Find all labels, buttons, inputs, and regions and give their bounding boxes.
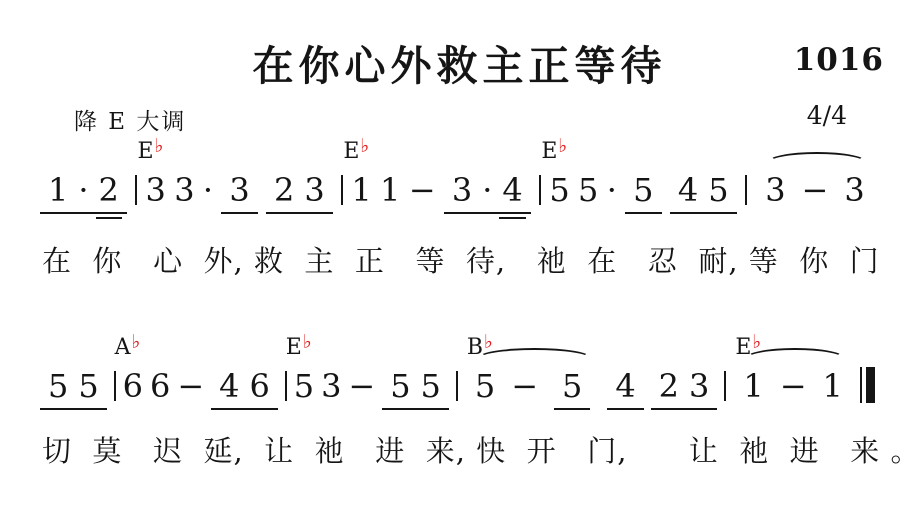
note-token: 6 — [150, 368, 170, 405]
final-barline-thick — [866, 367, 875, 403]
note-token: 6A♭ — [123, 368, 143, 405]
barline — [114, 371, 116, 401]
chord-root: E — [735, 335, 751, 360]
note-token: 6 — [249, 368, 269, 405]
note-token: 1 — [823, 368, 843, 405]
chord-symbol: E♭ — [541, 137, 567, 163]
hymn-number: 1016 — [794, 42, 884, 78]
dash-token: − — [409, 172, 436, 209]
tie-group: 1E♭−1 — [733, 368, 853, 405]
barline — [285, 371, 287, 401]
music-line-1: 1·23E♭3·3231E♭1−3·45E♭5·5453−3 — [40, 171, 875, 214]
dash-token: − — [780, 368, 807, 405]
chord-root: A — [115, 335, 131, 360]
flat-icon: ♭ — [303, 331, 312, 353]
beam-group: 23 — [266, 172, 333, 214]
note-token: 3 — [229, 172, 249, 209]
final-barline-thin — [860, 367, 862, 403]
beam-group: 1·2 — [40, 172, 127, 214]
beam-group: 3 — [221, 172, 257, 214]
dash-token: − — [348, 368, 375, 405]
flat-icon: ♭ — [155, 135, 164, 157]
note-token: 5E♭ — [294, 368, 314, 405]
chord-root: E — [138, 139, 154, 164]
chord-symbol: E♭ — [343, 137, 369, 163]
dot-token: · — [78, 172, 88, 209]
barline — [724, 371, 726, 401]
note-token: 3 — [689, 368, 709, 405]
time-signature: 4/4 — [807, 101, 847, 130]
chord-root: B — [467, 335, 483, 360]
final-barline — [860, 367, 875, 403]
note-token: 5 — [48, 368, 68, 405]
note-token: 2 — [99, 172, 119, 209]
chord-symbol: A♭ — [115, 333, 141, 359]
note-token: 1 — [48, 172, 68, 209]
chord-root: E — [541, 139, 557, 164]
dot-token: · — [607, 172, 617, 209]
note-token: 1 — [380, 172, 400, 209]
note-token: 4 — [219, 368, 239, 405]
beam-group: 46 — [211, 368, 278, 410]
lyrics-line-2: 切 莫 迟 延, 让 祂 进 来, 快 开 门, 让 祂 进 来 。 — [42, 429, 919, 470]
barline — [341, 175, 343, 205]
note-token: 3 — [304, 172, 324, 209]
flat-icon: ♭ — [360, 135, 369, 157]
note-token: 5E♭ — [549, 172, 569, 209]
note-token: 3 — [765, 172, 785, 209]
note-token: 4 — [678, 172, 698, 209]
note-token: 3E♭ — [146, 172, 166, 209]
beam-group: 5 — [554, 368, 590, 410]
flat-icon: ♭ — [484, 331, 493, 353]
note-token: 4 — [615, 368, 635, 405]
note-token: 5 — [578, 172, 598, 209]
beam-group: 5 — [625, 172, 661, 214]
dot-token: · — [482, 172, 492, 209]
barline — [135, 175, 137, 205]
barline — [745, 175, 747, 205]
note-token: 5 — [633, 172, 653, 209]
dash-token: − — [511, 368, 538, 405]
chord-symbol: B♭ — [467, 333, 493, 359]
dot-token: · — [203, 172, 213, 209]
beam-group: 3·4 — [444, 172, 531, 214]
note-token: 3 — [321, 368, 341, 405]
note-token: 5 — [708, 172, 728, 209]
chord-symbol: E♭ — [286, 333, 312, 359]
hymn-sheet-page: 在你心外救主正等待 1016 降 E 大调 4/4 1·23E♭3·3231E♭… — [0, 0, 919, 507]
tie-group: 3−3 — [755, 172, 875, 209]
note-token: 5 — [562, 368, 582, 405]
dash-token: − — [177, 368, 204, 405]
note-token: 3 — [452, 172, 472, 209]
chord-symbol: E♭ — [735, 333, 761, 359]
music-line-2: 556A♭6−465E♭3−555B♭−54231E♭−1 — [40, 361, 875, 410]
flat-icon: ♭ — [558, 135, 567, 157]
lyrics-line-1: 在 你 心 外, 救 主 正 等 待, 祂 在 忍 耐, 等 你 门 开; — [42, 239, 919, 280]
note-token: 4 — [502, 172, 522, 209]
note-token: 1E♭ — [743, 368, 763, 405]
flat-icon: ♭ — [752, 331, 761, 353]
beam-group: 55 — [382, 368, 449, 410]
note-token: 5 — [390, 368, 410, 405]
flat-icon: ♭ — [132, 331, 141, 353]
barline — [539, 175, 541, 205]
dash-token: − — [802, 172, 829, 209]
key-signature: 降 E 大调 — [74, 103, 186, 136]
beam-group: 45 — [670, 172, 737, 214]
note-token: 5 — [78, 368, 98, 405]
tie-group: 5B♭−5 — [465, 368, 601, 410]
chord-root: E — [286, 335, 302, 360]
note-token: 3 — [844, 172, 864, 209]
beam-group: 55 — [40, 368, 107, 410]
note-token: 5B♭ — [475, 368, 495, 405]
page-title: 在你心外救主正等待 — [0, 33, 919, 92]
barline — [456, 371, 458, 401]
note-token: 1E♭ — [351, 172, 371, 209]
note-token: 3 — [174, 172, 194, 209]
chord-root: E — [343, 139, 359, 164]
chord-symbol: E♭ — [138, 137, 164, 163]
note-token: 2 — [659, 368, 679, 405]
note-token: 5 — [421, 368, 441, 405]
beam-group: 4 — [607, 368, 643, 410]
note-token: 2 — [274, 172, 294, 209]
beam-group: 23 — [651, 368, 718, 410]
